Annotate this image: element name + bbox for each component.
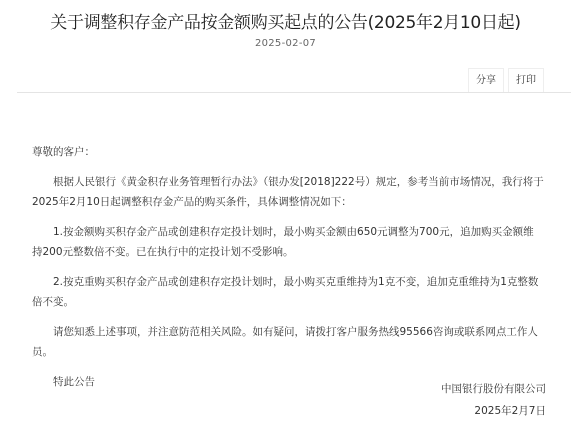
paragraph-item-2: 2.按克重购买积存金产品或创建积存定投计划时，最小购买克重维持为1克不变，追加克… xyxy=(32,272,544,312)
signature-org: 中国银行股份有限公司 xyxy=(441,381,546,396)
paragraph-intro: 根据人民银行《黄金积存业务管理暂行办法》（银办发[2018]222号）规定，参考… xyxy=(32,172,544,212)
toolbar: 分享 打印 xyxy=(468,68,544,93)
share-button[interactable]: 分享 xyxy=(468,68,504,93)
signature-date: 2025年2月7日 xyxy=(474,403,546,418)
paragraph-notice: 请您知悉上述事项，并注意防范相关风险。如有疑问，请拨打客户服务热线95566咨询… xyxy=(32,322,544,362)
header-divider xyxy=(17,92,571,93)
publish-date: 2025-02-07 xyxy=(0,38,571,49)
print-button[interactable]: 打印 xyxy=(508,68,544,93)
article-body: 尊敬的客户： 根据人民银行《黄金积存业务管理暂行办法》（银办发[2018]222… xyxy=(32,142,544,402)
page-title: 关于调整积存金产品按金额购买起点的公告(2025年2月10日起) xyxy=(0,8,571,33)
greeting: 尊敬的客户： xyxy=(32,142,544,162)
paragraph-item-1: 1.按金额购买积存金产品或创建积存定投计划时，最小购买金额由650元调整为700… xyxy=(32,222,544,262)
